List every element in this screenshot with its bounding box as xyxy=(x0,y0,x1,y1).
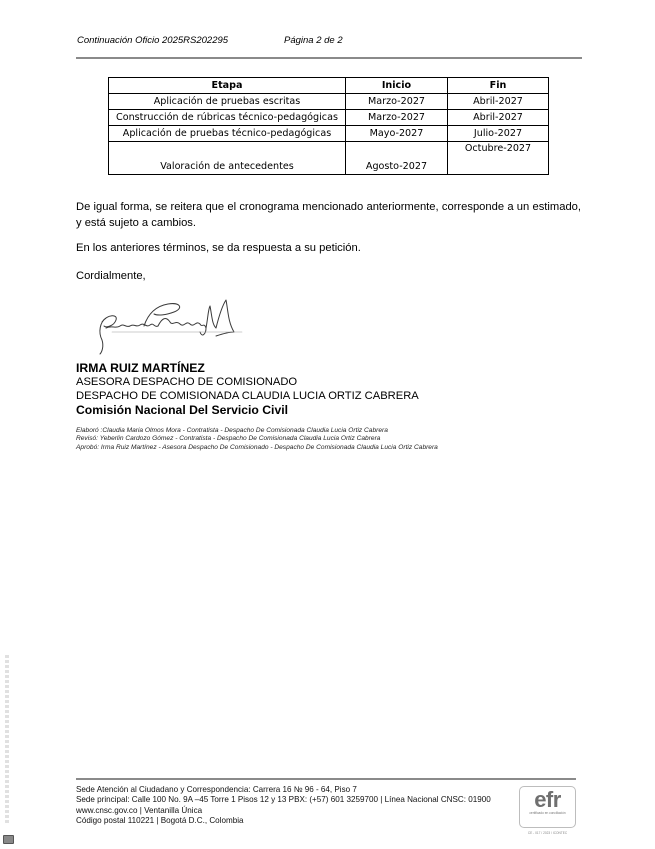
handwritten-signature xyxy=(92,292,252,356)
cell-fin: Julio-2027 xyxy=(448,126,549,142)
efr-certification-logo: efr certificado en conciliación CE - 017… xyxy=(519,786,576,828)
header-divider xyxy=(76,57,582,59)
footer-divider xyxy=(76,778,576,780)
cell-inicio: Mayo-2027 xyxy=(346,126,448,142)
footer-website: www.cnsc.gov.co | Ventanilla Única xyxy=(76,806,491,816)
cell-inicio: Marzo-2027 xyxy=(346,94,448,110)
column-header-fin: Fin xyxy=(448,78,549,94)
efr-logo-code: CE - 017 / 2023 / ICONTEC xyxy=(520,831,575,835)
cell-fin: Abril-2027 xyxy=(448,110,549,126)
page-header: Continuación Oficio 2025RS202295 Página … xyxy=(77,35,228,46)
footer-address-main: Sede principal: Calle 100 No. 9A –45 Tor… xyxy=(76,795,491,805)
efr-logo-subtitle: certificado en conciliación xyxy=(520,811,575,815)
document-reference: Continuación Oficio 2025RS202295 xyxy=(77,35,228,46)
credit-aprobo: Aprobó: Irma Ruiz Martínez - Asesora Des… xyxy=(76,444,438,452)
cell-etapa: Construcción de rúbricas técnico-pedagóg… xyxy=(109,110,346,126)
signer-name: IRMA RUIZ MARTÍNEZ xyxy=(76,361,419,375)
table-row: Valoración de antecedentes Agosto-2027 O… xyxy=(109,142,549,175)
footer-postal-code: Código postal 110221 | Bogotá D.C., Colo… xyxy=(76,816,491,826)
column-header-etapa: Etapa xyxy=(109,78,346,94)
closing-salutation: Cordialmente, xyxy=(76,268,581,284)
side-stamp-text xyxy=(5,655,9,825)
schedule-table: Etapa Inicio Fin Aplicación de pruebas e… xyxy=(108,77,549,175)
footer-address-service: Sede Atención al Ciudadano y Corresponde… xyxy=(76,785,491,795)
page-number: Página 2 de 2 xyxy=(284,35,343,46)
page-footer: Sede Atención al Ciudadano y Corresponde… xyxy=(76,785,491,827)
cell-etapa: Valoración de antecedentes xyxy=(109,142,346,175)
body-paragraph-response: En los anteriores términos, se da respue… xyxy=(76,240,581,256)
document-icon xyxy=(3,835,14,844)
cell-fin: Octubre-2027 xyxy=(448,142,549,175)
cell-fin: Abril-2027 xyxy=(448,94,549,110)
cell-inicio: Agosto-2027 xyxy=(346,142,448,175)
digital-signature-side-stamp xyxy=(5,655,11,825)
document-credits: Elaboró :Claudia Maria Olmos Mora - Cont… xyxy=(76,427,438,452)
efr-logo-text: efr xyxy=(520,789,575,811)
cell-inicio: Marzo-2027 xyxy=(346,110,448,126)
credit-reviso: Revisó: Yeberlin Cardozo Gómez - Contrat… xyxy=(76,435,438,443)
cell-etapa: Aplicación de pruebas técnico-pedagógica… xyxy=(109,126,346,142)
signature-block: IRMA RUIZ MARTÍNEZ ASESORA DESPACHO DE C… xyxy=(76,361,419,417)
credit-elaboro: Elaboró :Claudia Maria Olmos Mora - Cont… xyxy=(76,427,438,435)
column-header-inicio: Inicio xyxy=(346,78,448,94)
cell-etapa: Aplicación de pruebas escritas xyxy=(109,94,346,110)
signer-office: DESPACHO DE COMISIONADA CLAUDIA LUCIA OR… xyxy=(76,389,419,403)
table-row: Construcción de rúbricas técnico-pedagóg… xyxy=(109,110,549,126)
body-paragraph-schedule-note: De igual forma, se reitera que el cronog… xyxy=(76,199,581,231)
signer-title: ASESORA DESPACHO DE COMISIONADO xyxy=(76,375,419,389)
table-row: Aplicación de pruebas escritas Marzo-202… xyxy=(109,94,549,110)
table-row: Aplicación de pruebas técnico-pedagógica… xyxy=(109,126,549,142)
table-header-row: Etapa Inicio Fin xyxy=(109,78,549,94)
signer-organization: Comisión Nacional Del Servicio Civil xyxy=(76,403,419,417)
